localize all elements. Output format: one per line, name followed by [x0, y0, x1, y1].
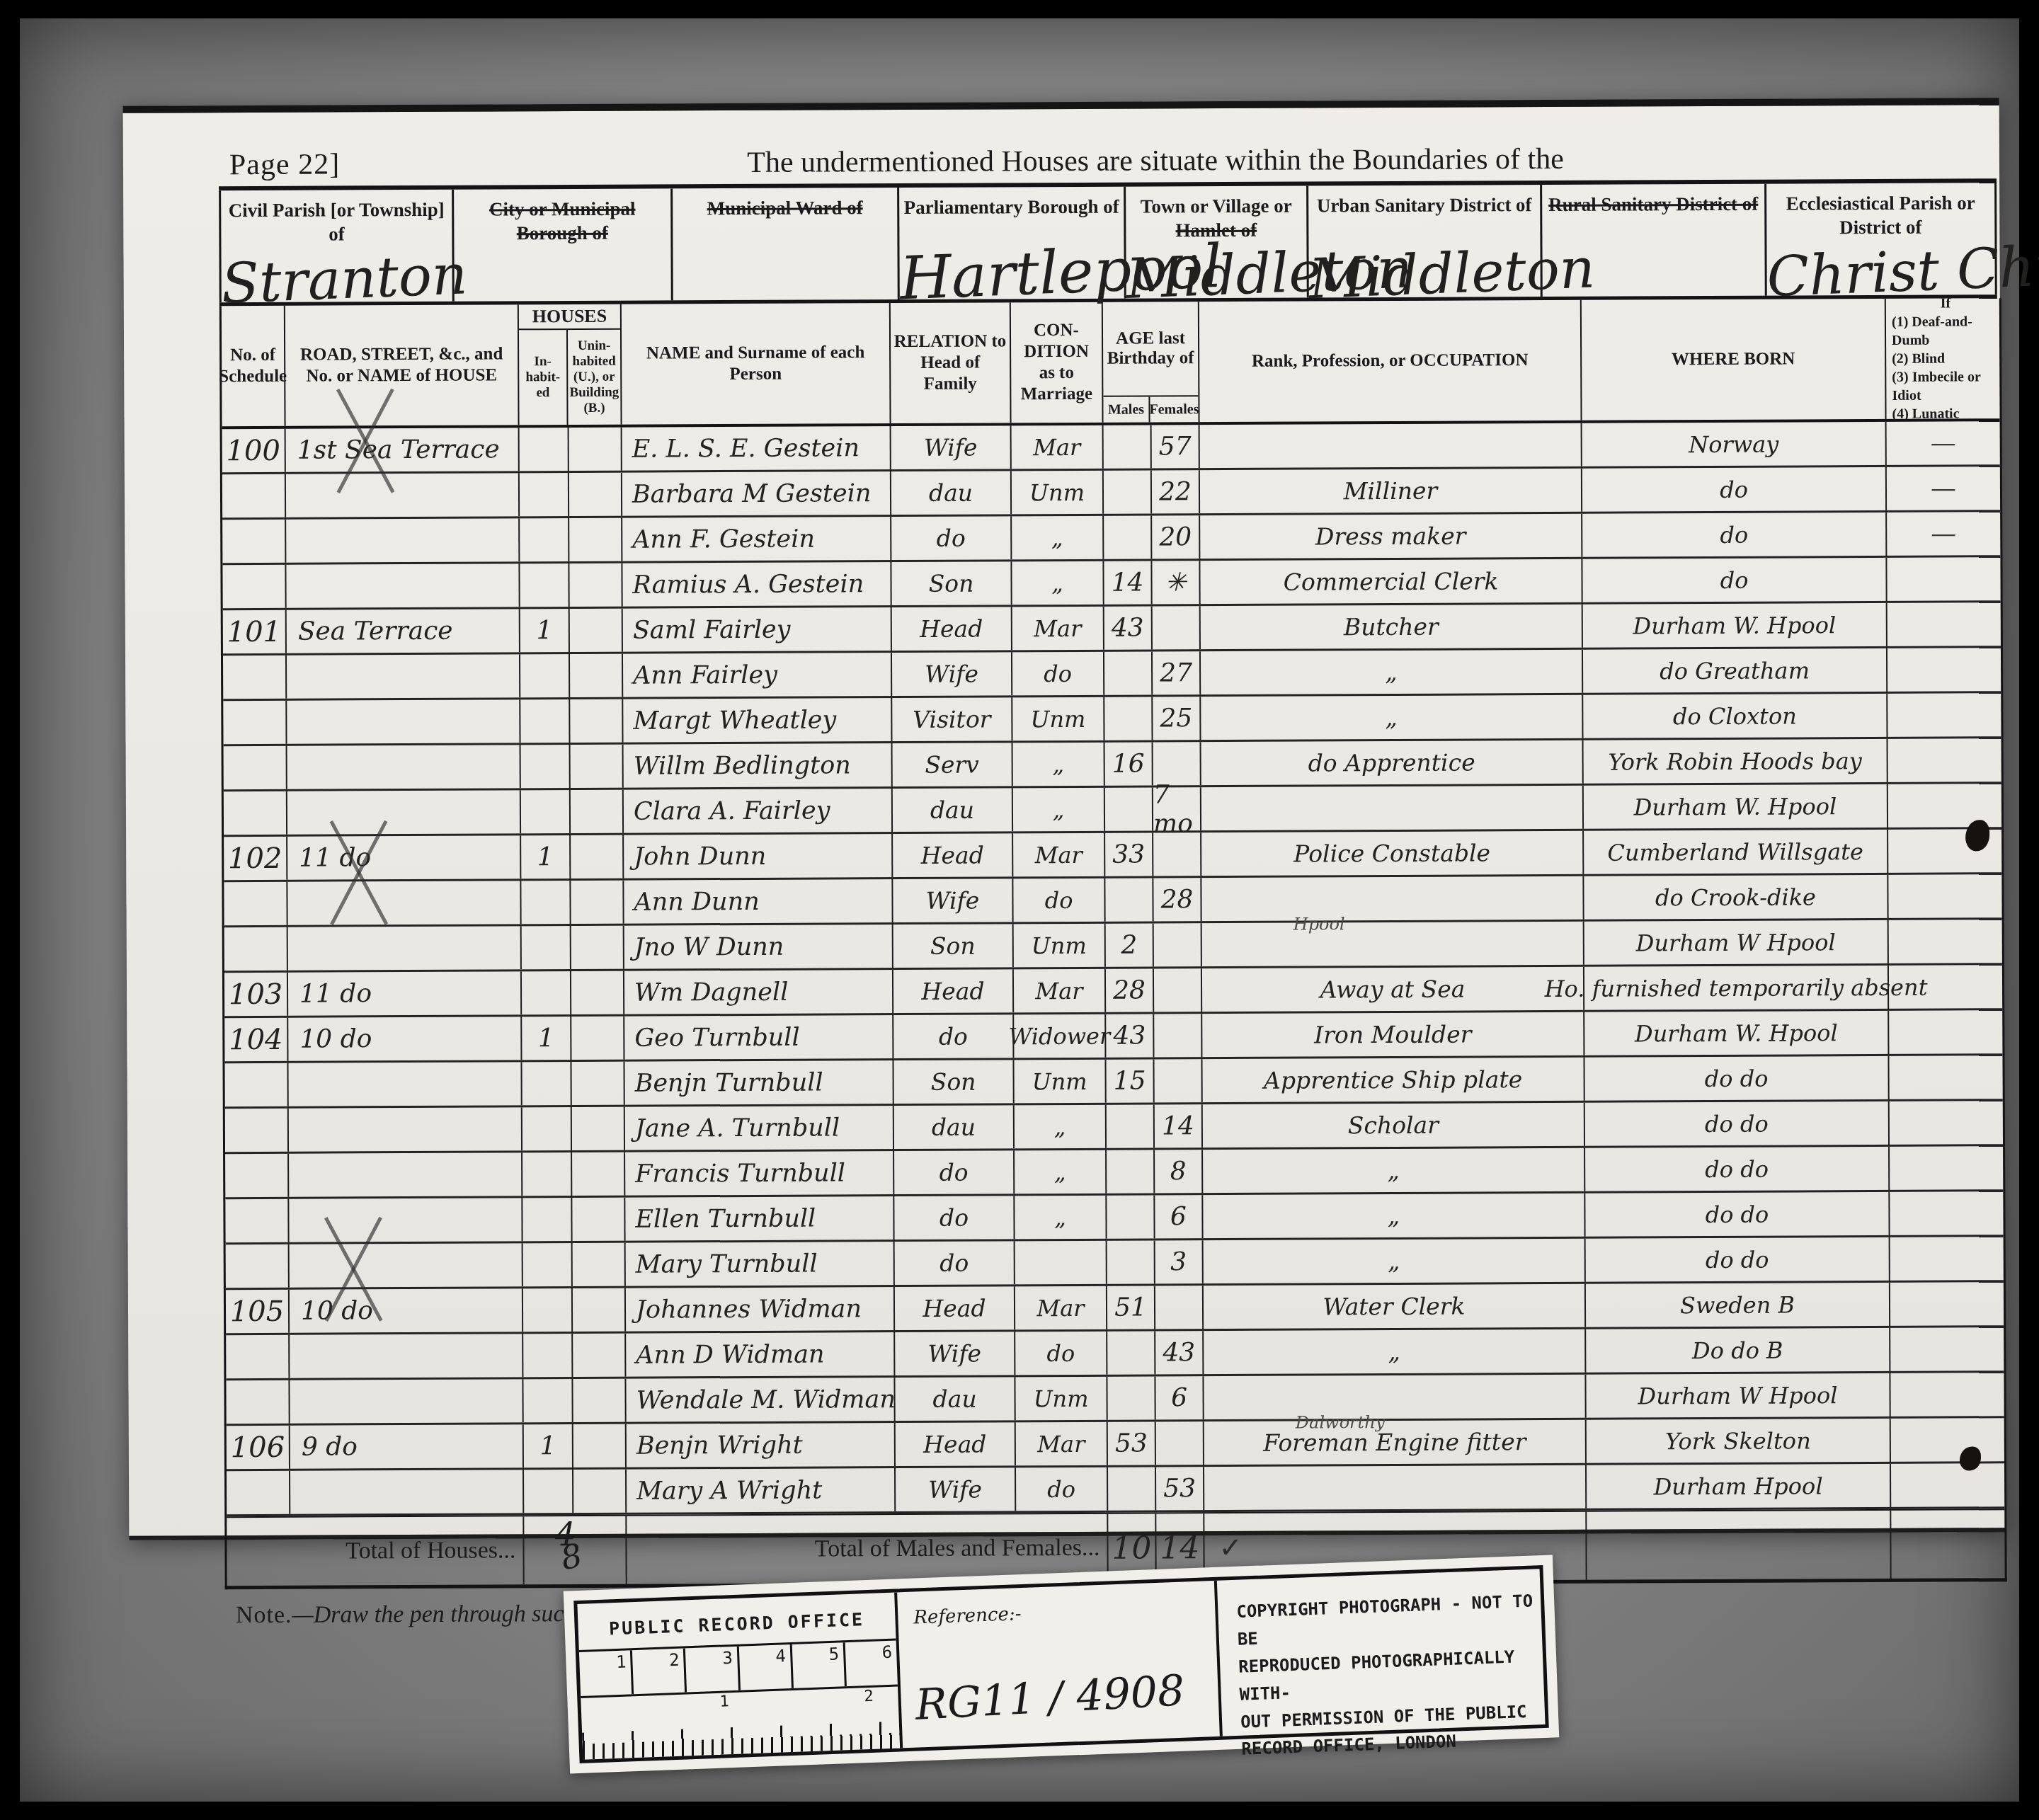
cell-age-female: 27	[1153, 651, 1201, 694]
cell-schedule	[222, 565, 286, 608]
cell-inhabited	[522, 1062, 571, 1105]
cell-schedule: 102	[224, 837, 287, 880]
col-females: Females	[1150, 396, 1198, 422]
total-houses-b: 8	[557, 1536, 586, 1578]
cell-road	[286, 563, 520, 607]
cell-age-female: 22	[1152, 470, 1200, 513]
cell-road	[290, 1379, 523, 1423]
cell-name: Jno W Dunn	[624, 925, 893, 969]
cell-age-male	[1105, 787, 1153, 830]
cell-occupation: Milliner	[1200, 469, 1582, 513]
cell-name: Jane A. Turnbull	[625, 1106, 894, 1150]
table-header: No. of Schedule ROAD, STREET, &c., and N…	[222, 298, 2000, 429]
cell-condition: Mar	[1012, 425, 1104, 469]
cell-infirmities	[1890, 1191, 2003, 1235]
cell-relation: do	[895, 1241, 1015, 1285]
cell-age-female: 25	[1153, 697, 1201, 740]
cell-age-female: 28	[1153, 878, 1201, 921]
cell-where-born: York Skelton	[1587, 1419, 1891, 1463]
cell-relation: Wife	[892, 652, 1012, 696]
cell-age-female: 6	[1155, 1195, 1203, 1238]
cell-uninhabited	[571, 745, 624, 788]
cell-relation: Visitor	[892, 697, 1012, 741]
cell-uninhabited	[571, 790, 624, 833]
cell-inhabited: 1	[521, 835, 571, 878]
totals-born-blank	[1587, 1511, 1891, 1580]
cell-where-born: Durham W Hpool	[1584, 920, 1889, 965]
stamp-fine-ruler: 1 2	[581, 1686, 900, 1759]
cell-age-female	[1153, 742, 1201, 785]
cell-inhabited	[524, 1470, 573, 1513]
ruler-inch-label: 2	[864, 1688, 874, 1705]
cell-uninhabited	[572, 1198, 625, 1241]
cell-inhabited	[521, 745, 571, 788]
occupation-text: Dress maker	[1315, 522, 1466, 551]
cell-age-female: 8	[1155, 1150, 1203, 1193]
pro-stamp: PUBLIC RECORD OFFICE 1 2 3 4 5 6 1 2 Ref	[564, 1555, 1560, 1773]
cell-age-female: 57	[1152, 425, 1200, 468]
ruler-number: 1	[579, 1650, 634, 1696]
cell-road	[288, 1062, 522, 1106]
ruler-number: 4	[738, 1644, 793, 1690]
cell-occupation	[1200, 423, 1582, 468]
district-label: Town or Village or	[1126, 194, 1306, 219]
cell-age-male: 2	[1106, 923, 1154, 966]
cell-condition: „	[1015, 1196, 1107, 1240]
cell-road	[290, 1470, 524, 1513]
cell-infirmities	[1889, 1055, 2002, 1099]
cell-occupation: Water Clerk	[1204, 1284, 1586, 1329]
cell-inhabited	[520, 518, 569, 561]
cell-schedule: 106	[227, 1426, 290, 1469]
cell-condition: Mar	[1015, 1286, 1107, 1330]
cell-age-male	[1107, 1240, 1155, 1283]
cell-road	[286, 473, 520, 517]
cell-where-born: Durham W. Hpool	[1583, 603, 1887, 648]
occupation-text: „	[1388, 1157, 1400, 1184]
cell-condition: do	[1012, 652, 1104, 696]
cell-age-male	[1105, 878, 1153, 921]
cell-uninhabited	[571, 881, 624, 924]
cell-age-male	[1107, 1331, 1155, 1374]
cell-name: Clara A. Fairley	[624, 789, 893, 833]
cell-relation: dau	[894, 1105, 1015, 1149]
stamp-copyright-section: COPYRIGHT PHOTOGRAPH - NOT TO BE REPRODU…	[1217, 1569, 1546, 1736]
cell-infirmities	[1891, 1463, 2004, 1507]
cell-where-born: Norway	[1582, 422, 1887, 467]
cell-uninhabited	[571, 926, 624, 969]
district-label: Ecclesiastical Parish or District of	[1766, 191, 1994, 240]
cell-infirmities	[1887, 693, 2001, 737]
cell-age-male: 51	[1107, 1286, 1155, 1329]
district-value-handwritten: Hartlepool	[898, 235, 1126, 313]
cell-age-female	[1154, 968, 1202, 1012]
cell-infirmities	[1887, 648, 2001, 692]
cell-age-female: 7 mo	[1153, 787, 1201, 830]
cell-road: 1st Sea Terrace	[286, 428, 520, 471]
total-houses-label: Total of Houses...	[227, 1516, 524, 1586]
cell-name: Francis Turnbull	[625, 1151, 894, 1196]
district-municipal-ward: Municipal Ward of	[673, 188, 900, 300]
cell-uninhabited	[569, 563, 622, 607]
cell-occupation: Hpool	[1202, 922, 1584, 966]
cell-age-female	[1154, 1059, 1202, 1102]
cell-age-male	[1104, 697, 1153, 740]
col-occupation: Rank, Profession, or OCCUPATION	[1199, 300, 1582, 422]
cell-schedule	[226, 1380, 290, 1424]
cell-condition: Mar	[1016, 1422, 1108, 1466]
cell-uninhabited	[571, 1062, 624, 1105]
cell-inhabited	[522, 926, 571, 969]
cell-schedule	[226, 1244, 290, 1288]
col-houses: HOUSES	[519, 304, 620, 331]
occupation-text: Apprentice Ship plate	[1264, 1065, 1522, 1094]
cell-relation: do	[894, 1150, 1015, 1194]
cell-where-born: Durham W Hpool	[1586, 1373, 1890, 1418]
occupation-text: Butcher	[1344, 613, 1439, 641]
cell-road	[287, 699, 520, 743]
cell-infirmities: —	[1887, 467, 2000, 510]
census-rows: 100 1st Sea Terrace E. L. S. E. Gestein …	[222, 421, 2005, 1516]
cell-road	[287, 745, 521, 789]
cell-schedule	[223, 701, 287, 744]
cell-uninhabited	[569, 518, 622, 561]
cell-age-male	[1107, 1150, 1155, 1193]
cell-name: Benjn Turnbull	[624, 1060, 893, 1105]
col-name: NAME and Surname of each Person	[622, 303, 891, 425]
cell-name: Barbara M Gestein	[622, 471, 891, 516]
cell-schedule	[222, 520, 286, 563]
cell-occupation: Butcher	[1201, 605, 1583, 649]
cell-relation: Head	[893, 833, 1013, 877]
cell-road: 9 do	[290, 1424, 524, 1468]
cell-occupation: „	[1201, 695, 1583, 740]
cell-uninhabited	[571, 835, 624, 878]
cell-relation: dau	[895, 1377, 1015, 1421]
cell-infirmities: —	[1887, 512, 2000, 556]
table-row: 102 11 do 1 John Dunn Head Mar 33 Police…	[224, 829, 2001, 882]
cell-uninhabited	[573, 1334, 626, 1377]
census-table: No. of Schedule ROAD, STREET, &c., and N…	[219, 298, 2007, 1589]
cell-name: Johannes Widman	[626, 1287, 895, 1332]
cell-inhabited	[523, 1288, 573, 1332]
page-header: Page 22] The undermentioned Houses are s…	[123, 105, 1999, 183]
occupation-annotation: Hpool	[1293, 914, 1345, 934]
page-number: Page 22]	[229, 147, 340, 182]
cell-name: Ann Fairley	[623, 653, 892, 697]
cell-relation: Wife	[895, 1332, 1015, 1375]
occupation-annotation: Dalworthy	[1296, 1412, 1385, 1433]
cell-road: Sea Terrace	[287, 609, 520, 653]
occupation-text: „	[1388, 1202, 1400, 1230]
cell-inhabited	[522, 971, 571, 1014]
col-road: ROAD, STREET, &c., and No. or NAME of HO…	[285, 304, 520, 425]
table-row: 106 9 do 1 Benjn Wright Head Mar 53 Dalw…	[227, 1418, 2004, 1471]
ruler-number: 6	[845, 1641, 898, 1687]
cell-schedule	[224, 791, 287, 835]
district-label: Urban Sanitary District of	[1308, 193, 1540, 218]
cell-occupation: „	[1204, 1329, 1586, 1374]
cell-condition: Mar	[1014, 969, 1106, 1013]
cell-schedule	[225, 1109, 289, 1152]
cell-name: Wm Dagnell	[624, 970, 893, 1014]
cell-inhabited	[520, 473, 569, 516]
cell-occupation: do Apprentice	[1201, 740, 1584, 785]
district-municipal-borough: City or Municipal Borough of	[454, 188, 673, 301]
cell-uninhabited	[573, 1288, 626, 1332]
cell-inhabited	[521, 881, 571, 924]
cell-condition: Mar	[1013, 833, 1105, 877]
totals-infirm-blank	[1891, 1510, 2004, 1579]
total-houses-value: 4 8	[524, 1516, 627, 1585]
cell-where-born: York Robin Hoods bay	[1584, 739, 1888, 784]
table-row: Francis Turnbull do „ 8 „ do do	[225, 1146, 2003, 1199]
cell-age-male	[1104, 515, 1152, 559]
cell-inhabited: 1	[520, 609, 570, 652]
cell-age-male	[1107, 1195, 1155, 1238]
reference-value-handwritten: RG11 / 4908	[914, 1666, 1186, 1729]
cell-road	[287, 790, 521, 834]
cell-relation: Wife	[896, 1467, 1016, 1511]
cell-infirmities	[1888, 738, 2001, 782]
cell-age-female	[1153, 832, 1201, 876]
cell-age-male: 33	[1105, 832, 1153, 876]
cell-occupation	[1204, 1465, 1587, 1510]
cell-occupation: Scholar	[1203, 1103, 1585, 1147]
cell-where-born: Cumberland Willsgate	[1584, 830, 1888, 874]
cell-road	[290, 1334, 523, 1378]
district-header-row: Civil Parish [or Township] of Stranton C…	[219, 178, 1997, 306]
cell-occupation: Commercial Clerk	[1200, 559, 1582, 604]
table-row: Ann D Widman Wife do 43 „ Do do B	[226, 1327, 2004, 1380]
table-row: Ann Fairley Wife do 27 „ do Greatham	[223, 648, 2001, 701]
col-age-group: AGE last Birthday of Males Females	[1103, 302, 1200, 423]
cell-condition: „	[1015, 1105, 1107, 1149]
cell-inhabited: 1	[522, 1017, 571, 1060]
cell-schedule	[225, 1154, 289, 1197]
cell-age-female: 53	[1156, 1467, 1204, 1510]
cell-occupation: Police Constable	[1201, 831, 1584, 876]
cell-occupation: Dalworthy Foreman Engine fitter	[1204, 1420, 1587, 1465]
cell-age-male: 53	[1108, 1421, 1156, 1465]
table-row: 103 11 do Wm Dagnell Head Mar 28 Away at…	[224, 965, 2002, 1018]
cell-condition: do	[1015, 1332, 1107, 1375]
cell-road	[287, 654, 520, 698]
cell-condition: Unm	[1014, 924, 1106, 968]
cell-uninhabited	[572, 1152, 625, 1196]
occupation-text: Away at Sea	[1320, 975, 1466, 1004]
cell-infirmities	[1890, 1373, 2004, 1416]
cell-condition: „	[1015, 1150, 1107, 1194]
cell-age-male	[1107, 1104, 1155, 1147]
cell-infirmities	[1887, 602, 2001, 646]
cell-condition	[1015, 1241, 1107, 1285]
cell-age-male	[1104, 470, 1152, 513]
cell-occupation: „	[1203, 1194, 1585, 1238]
cell-age-male: 43	[1106, 1014, 1154, 1057]
cell-condition: „	[1013, 743, 1105, 786]
occupation-text: Police Constable	[1293, 839, 1490, 867]
ruler-number: 2	[632, 1648, 687, 1694]
cell-infirmities: —	[1887, 421, 2000, 465]
cell-relation: Wife	[891, 425, 1012, 469]
cell-road: 11 do	[287, 835, 521, 879]
cell-occupation: „	[1204, 1239, 1586, 1283]
cell-relation: Son	[891, 561, 1012, 605]
cell-inhabited	[520, 428, 569, 471]
cell-name: Mary A Wright	[627, 1468, 896, 1513]
stamp-reference-section: Reference:- RG11 / 4908	[897, 1581, 1223, 1748]
cell-age-female	[1154, 1014, 1202, 1057]
occupation-text: Iron Moulder	[1314, 1020, 1471, 1048]
cell-name: Mary Turnbull	[626, 1242, 895, 1286]
stamp-ruler-section: PUBLIC RECORD OFFICE 1 2 3 4 5 6 1 2	[577, 1592, 903, 1759]
cell-schedule	[226, 1335, 290, 1378]
district-value-handwritten: Middleton	[1308, 239, 1541, 311]
page-title: The undermentioned Houses are situate wi…	[340, 140, 1971, 181]
cell-infirmities	[1890, 1101, 2003, 1145]
cell-where-born: Durham W. Hpool	[1584, 1011, 1889, 1055]
occupation-text: „	[1388, 1338, 1400, 1366]
cell-condition: „	[1012, 516, 1104, 560]
cell-infirmities	[1889, 920, 2002, 963]
cell-infirmities	[1890, 1327, 2004, 1371]
cell-road: 10 do	[288, 1017, 522, 1060]
cell-uninhabited	[570, 609, 623, 652]
table-row: 105 10 do Johannes Widman Head Mar 51 Wa…	[226, 1282, 2004, 1335]
col-males: Males	[1103, 396, 1150, 422]
cell-schedule: 103	[224, 973, 288, 1016]
col-where-born: WHERE BORN	[1582, 299, 1887, 420]
cell-schedule	[224, 882, 287, 925]
table-row: Mary A Wright Wife do 53 Durham Hpool	[227, 1463, 2004, 1516]
cell-condition: do	[1016, 1467, 1108, 1511]
cell-relation: Son	[893, 924, 1014, 968]
cell-where-born: Do do B	[1586, 1328, 1890, 1373]
cell-age-male	[1108, 1467, 1156, 1510]
cell-age-female: 14	[1155, 1104, 1203, 1147]
cell-relation: Head	[896, 1422, 1016, 1466]
table-row: 104 10 do 1 Geo Turnbull do Widower 43 I…	[224, 1010, 2002, 1063]
cell-schedule	[224, 746, 287, 789]
cell-condition: Unm	[1014, 1060, 1106, 1104]
cell-age-male: 28	[1106, 968, 1154, 1012]
occupation-text: Water Clerk	[1323, 1293, 1465, 1321]
cell-schedule	[225, 1199, 289, 1242]
table-row: Ann Dunn Wife do 28 do Crook-dike	[224, 874, 2001, 927]
cell-where-born: Ho. furnished temporarily absent	[1584, 966, 1889, 1010]
cell-road	[287, 881, 521, 925]
occupation-text: „	[1386, 704, 1398, 731]
cell-inhabited	[522, 1107, 572, 1150]
cell-road	[289, 1107, 522, 1151]
cell-relation: dau	[891, 471, 1012, 515]
cell-road: 11 do	[288, 971, 522, 1015]
cell-infirmities	[1889, 1010, 2002, 1054]
cell-relation: do	[893, 1014, 1014, 1058]
cell-uninhabited	[570, 699, 623, 743]
cell-name: John Dunn	[624, 834, 893, 878]
cell-schedule	[223, 656, 287, 699]
cell-name: Ellen Turnbull	[625, 1196, 894, 1241]
cell-schedule	[222, 474, 286, 517]
cell-age-female: 43	[1155, 1331, 1204, 1374]
cell-occupation: „	[1201, 650, 1583, 694]
cell-uninhabited	[573, 1379, 626, 1422]
cell-where-born: do	[1582, 558, 1887, 602]
cell-inhabited	[520, 563, 569, 607]
cell-name: Wendale M. Widman	[626, 1378, 895, 1422]
cell-road: 10 do	[290, 1288, 523, 1332]
table-row: Clara A. Fairley dau „ 7 mo Durham W. Hp…	[224, 784, 2001, 837]
district-civil-parish: Civil Parish [or Township] of Stranton	[219, 190, 455, 302]
cell-age-female	[1155, 1286, 1204, 1329]
cell-inhabited	[520, 699, 570, 743]
cell-schedule: 101	[223, 610, 287, 653]
cell-infirmities	[1890, 1146, 2003, 1190]
cell-where-born: do	[1582, 467, 1887, 512]
cell-condition: Unm	[1015, 1377, 1107, 1421]
cell-inhabited	[523, 1334, 573, 1377]
cell-road	[289, 1198, 522, 1242]
cell-name: Willm Bedlington	[624, 743, 893, 788]
cell-infirmities	[1891, 1418, 2004, 1462]
district-label-struck: Municipal Ward of	[673, 196, 897, 221]
cell-schedule	[224, 927, 288, 971]
cell-schedule: 105	[226, 1290, 290, 1333]
cell-infirmities	[1890, 1237, 2004, 1281]
table-row: Jno W Dunn Son Unm 2 Hpool Durham W Hpoo…	[224, 920, 2002, 973]
cell-age-male	[1107, 1376, 1155, 1419]
cell-schedule	[224, 1063, 288, 1106]
cell-infirmities	[1890, 1282, 2004, 1326]
infirm-line: (1) Deaf-and-Dumb	[1892, 312, 1999, 350]
total-houses-scrawl: 4 8	[554, 1522, 596, 1579]
district-ecclesiastical: Ecclesiastical Parish or District of Chr…	[1766, 183, 1997, 295]
table-row: Benjn Turnbull Son Unm 15 Apprentice Shi…	[224, 1055, 2002, 1109]
cell-occupation: „	[1203, 1148, 1585, 1193]
cell-occupation	[1201, 876, 1584, 921]
cell-name: Ann D Widman	[626, 1332, 895, 1377]
cell-uninhabited	[569, 473, 622, 516]
occupation-text: Milliner	[1344, 477, 1438, 505]
cell-occupation: Away at Sea	[1202, 967, 1584, 1012]
census-page: Page 22] The undermentioned Houses are s…	[123, 98, 2006, 1540]
cell-where-born: do do	[1585, 1147, 1890, 1191]
cell-relation: Head	[895, 1286, 1015, 1330]
cell-uninhabited	[569, 428, 622, 471]
infirm-line: (2) Blind	[1892, 350, 1945, 368]
photo-background: Page 22] The undermentioned Houses are s…	[20, 18, 2019, 1802]
cell-age-female	[1153, 606, 1201, 649]
cell-relation: dau	[893, 788, 1013, 832]
cell-age-female	[1154, 923, 1202, 966]
cell-condition: Unm	[1012, 471, 1104, 515]
cell-relation: Serv	[893, 743, 1013, 786]
cell-age-female: ✳	[1152, 561, 1200, 604]
cell-inhabited	[523, 1379, 573, 1422]
cell-uninhabited	[572, 1107, 625, 1150]
cell-relation: Son	[893, 1060, 1014, 1104]
cell-age-male	[1104, 651, 1153, 694]
cell-infirmities	[1888, 874, 2001, 918]
district-label-struck: City or Municipal Borough of	[454, 197, 670, 246]
cell-where-born: do	[1582, 513, 1887, 557]
cell-uninhabited	[571, 1017, 624, 1060]
col-inhabited: In-habit-ed	[519, 330, 569, 425]
table-row: Willm Bedlington Serv „ 16 do Apprentice…	[224, 738, 2001, 791]
cell-where-born: do do	[1585, 1101, 1890, 1146]
